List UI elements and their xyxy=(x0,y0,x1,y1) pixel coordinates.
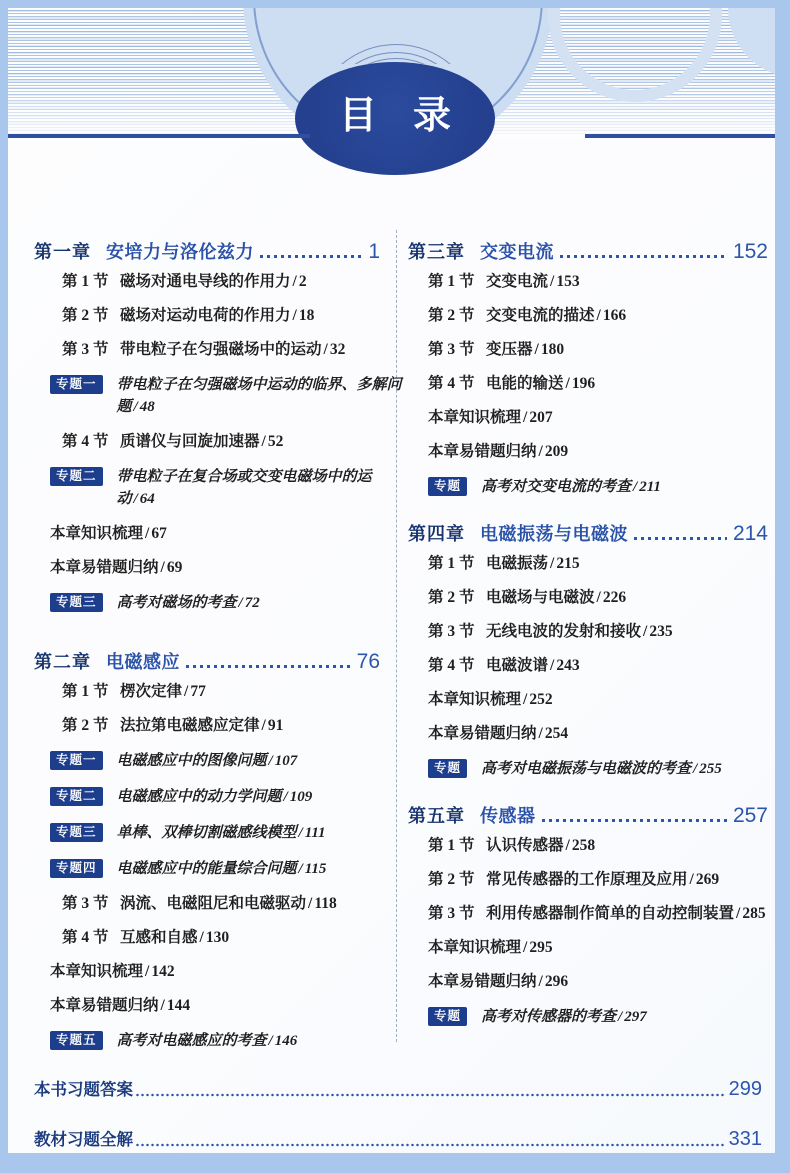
section-page-number: 258 xyxy=(572,837,595,854)
chapter-summary-row: 本章易错题归纳/296 xyxy=(408,972,768,992)
slash-separator: / xyxy=(299,825,303,841)
section-title: 涡流、电磁阻尼和电磁驱动/118 xyxy=(120,894,337,914)
section-title-text: 利用传感器制作简单的自动控制装置 xyxy=(486,905,734,922)
slash-separator: / xyxy=(539,443,543,460)
special-topic-page-number: 107 xyxy=(275,753,298,769)
section-title: 电磁波谱/243 xyxy=(486,656,580,676)
summary-title: 本章易错题归纳 xyxy=(50,997,159,1014)
section-row: 第 2 节交变电流的描述/166 xyxy=(408,306,768,326)
summary-page-number: 69 xyxy=(167,559,183,576)
chapter-summary-row: 本章易错题归纳/144 xyxy=(34,996,380,1016)
chapter-heading: 第一章安培力与洛伦兹力1 xyxy=(34,240,380,264)
toc-title-circle: 目录 xyxy=(295,62,495,175)
section-row: 第 1 节认识传感器/258 xyxy=(408,836,768,856)
special-topic-badge: 专题一 xyxy=(50,751,103,770)
slash-separator: / xyxy=(239,595,243,611)
section-number: 第 2 节 xyxy=(428,870,480,890)
slash-separator: / xyxy=(145,525,149,542)
special-topic-row: 专题二电磁感应中的动力学问题/109 xyxy=(34,786,402,808)
section-page-number: 153 xyxy=(556,273,579,290)
section-title-text: 磁场对运动电荷的作用力 xyxy=(120,307,291,324)
section-number: 第 1 节 xyxy=(62,272,114,292)
section-page-number: 243 xyxy=(556,657,579,674)
header-rule-left xyxy=(8,134,310,138)
slash-separator: / xyxy=(293,307,297,324)
section-title: 利用传感器制作简单的自动控制装置/285 xyxy=(486,904,766,924)
section-row: 第 1 节磁场对通电导线的作用力/2 xyxy=(34,272,380,292)
special-topic-badge: 专题三 xyxy=(50,823,103,842)
chapter-page-number: 76 xyxy=(357,650,380,674)
chapter-page-number: 1 xyxy=(368,240,380,264)
chapter-page-number: 214 xyxy=(733,522,768,546)
section-number: 第 4 节 xyxy=(428,374,480,394)
slash-separator: / xyxy=(523,409,527,426)
chapter-summary-row: 本章知识梳理/207 xyxy=(408,408,768,428)
special-topic-title-text: 高考对传感器的考查 xyxy=(481,1009,616,1025)
toc-column-right: 第三章交变电流152第 1 节交变电流/153第 2 节交变电流的描述/166第… xyxy=(408,240,768,1042)
slash-separator: / xyxy=(633,479,637,495)
slash-separator: / xyxy=(161,997,165,1014)
summary-title: 本章易错题归纳 xyxy=(428,725,537,742)
special-topic-title-text: 高考对电磁振荡与电磁波的考查 xyxy=(481,761,691,777)
special-topic-title: 电磁感应中的图像问题/107 xyxy=(117,750,298,772)
chapter-label: 第一章 xyxy=(34,240,91,264)
section-title-text: 常见传感器的工作原理及应用 xyxy=(486,871,688,888)
slash-separator: / xyxy=(566,837,570,854)
section-title-text: 电磁波谱 xyxy=(486,657,548,674)
section-title: 电磁振荡/215 xyxy=(486,554,580,574)
footer-row: 教材习题全解 331 xyxy=(34,1126,762,1151)
special-topic-badge: 专题一 xyxy=(50,375,103,394)
footer-row: 本书习题答案 299 xyxy=(34,1076,762,1101)
section-row: 第 3 节带电粒子在匀强磁场中的运动/32 xyxy=(34,340,380,360)
slash-separator: / xyxy=(523,691,527,708)
section-row: 第 1 节交变电流/153 xyxy=(408,272,768,292)
slash-separator: / xyxy=(145,963,149,980)
section-number: 第 3 节 xyxy=(428,904,480,924)
section-row: 第 1 节楞次定律/77 xyxy=(34,682,380,702)
section-page-number: 32 xyxy=(330,341,346,358)
section-number: 第 3 节 xyxy=(62,894,114,914)
slash-separator: / xyxy=(736,905,740,922)
special-topic-badge: 专题二 xyxy=(50,467,103,486)
summary-title: 本章知识梳理 xyxy=(428,691,521,708)
summary-title: 本章知识梳理 xyxy=(50,525,143,542)
chapter-heading: 第二章电磁感应76 xyxy=(34,650,380,674)
section-title: 磁场对运动电荷的作用力/18 xyxy=(120,306,314,326)
footer-label: 教材习题全解 xyxy=(34,1126,133,1150)
chapter-page-number: 152 xyxy=(733,240,768,264)
slash-separator: / xyxy=(134,399,138,415)
dot-leader xyxy=(135,1093,725,1097)
slash-separator: / xyxy=(293,273,297,290)
summary-page-number: 142 xyxy=(151,963,174,980)
section-title: 常见传感器的工作原理及应用/269 xyxy=(486,870,719,890)
section-title-text: 互感和自感 xyxy=(120,929,198,946)
dot-leader xyxy=(186,665,351,668)
summary-title: 本章知识梳理 xyxy=(428,939,521,956)
special-topic-title: 带电粒子在匀强磁场中运动的临界、多解问题/48 xyxy=(117,374,402,418)
special-topic-title-text: 电磁感应中的图像问题 xyxy=(117,753,267,769)
section-row: 第 2 节电磁场与电磁波/226 xyxy=(408,588,768,608)
special-topic-page-number: 111 xyxy=(305,825,326,841)
section-row: 第 4 节电能的输送/196 xyxy=(408,374,768,394)
section-number: 第 3 节 xyxy=(428,622,480,642)
special-topic-title: 高考对交变电流的考查/211 xyxy=(481,476,661,498)
section-title: 互感和自感/130 xyxy=(120,928,229,948)
slash-separator: / xyxy=(161,559,165,576)
slash-separator: / xyxy=(134,491,138,507)
column-divider xyxy=(396,230,397,1042)
special-topic-page-number: 109 xyxy=(290,789,313,805)
slash-separator: / xyxy=(262,433,266,450)
special-topic-row: 专题四电磁感应中的能量综合问题/115 xyxy=(34,858,402,880)
special-topic-title: 高考对磁场的考查/72 xyxy=(117,592,260,614)
section-row: 第 3 节涡流、电磁阻尼和电磁驱动/118 xyxy=(34,894,380,914)
slash-separator: / xyxy=(324,341,328,358)
special-topic-badge: 专题 xyxy=(428,759,467,778)
chapter-label: 第二章 xyxy=(34,650,91,674)
chapter-heading: 第五章传感器257 xyxy=(408,804,768,828)
summary-page-number: 207 xyxy=(529,409,552,426)
slash-separator: / xyxy=(550,555,554,572)
section-page-number: 52 xyxy=(268,433,284,450)
special-topic-row: 专题三单棒、双棒切割磁感线模型/111 xyxy=(34,822,402,844)
special-topic-row: 专题三高考对磁场的考查/72 xyxy=(34,592,402,614)
section-page-number: 91 xyxy=(268,717,284,734)
section-title-text: 电能的输送 xyxy=(486,375,564,392)
summary-title: 本章知识梳理 xyxy=(50,963,143,980)
chapter-label: 第五章 xyxy=(408,804,465,828)
section-row: 第 4 节电磁波谱/243 xyxy=(408,656,768,676)
special-topic-row: 专题一电磁感应中的图像问题/107 xyxy=(34,750,402,772)
concentric-arcs-decoration xyxy=(295,38,495,64)
slash-separator: / xyxy=(539,973,543,990)
chapter-title: 电磁振荡与电磁波 xyxy=(480,522,628,546)
section-row: 第 1 节电磁振荡/215 xyxy=(408,554,768,574)
section-row: 第 4 节互感和自感/130 xyxy=(34,928,380,948)
special-topic-badge: 专题四 xyxy=(50,859,103,878)
summary-title: 本章知识梳理 xyxy=(428,409,521,426)
slash-separator: / xyxy=(523,939,527,956)
special-topic-row: 专题五高考对电磁感应的考查/146 xyxy=(34,1030,402,1052)
section-number: 第 3 节 xyxy=(428,340,480,360)
footer-page-number: 331 xyxy=(729,1128,762,1151)
chapter-title: 交变电流 xyxy=(480,240,554,264)
section-title-text: 楞次定律 xyxy=(120,683,182,700)
chapter-summary-row: 本章知识梳理/67 xyxy=(34,524,380,544)
chapter-label: 第三章 xyxy=(408,240,465,264)
chapter-title: 传感器 xyxy=(480,804,536,828)
chapter-heading: 第三章交变电流152 xyxy=(408,240,768,264)
special-topic-title-text: 带电粒子在匀强磁场中运动的临界、多解问题 xyxy=(117,377,402,415)
section-title: 质谱仪与回旋加速器/52 xyxy=(120,432,283,452)
chapter-summary-row: 本章易错题归纳/69 xyxy=(34,558,380,578)
section-number: 第 4 节 xyxy=(62,928,114,948)
section-title-text: 电磁振荡 xyxy=(486,555,548,572)
slash-separator: / xyxy=(566,375,570,392)
footer-label: 本书习题答案 xyxy=(34,1076,133,1100)
slash-separator: / xyxy=(539,725,543,742)
special-topic-row: 专题二带电粒子在复合场或交变电磁场中的运动/64 xyxy=(34,466,402,510)
special-topic-title: 电磁感应中的动力学问题/109 xyxy=(117,786,313,808)
slash-separator: / xyxy=(308,895,312,912)
special-topic-title-text: 高考对电磁感应的考查 xyxy=(117,1033,267,1049)
special-topic-title: 高考对电磁振荡与电磁波的考查/255 xyxy=(481,758,722,780)
section-number: 第 2 节 xyxy=(62,306,114,326)
section-number: 第 1 节 xyxy=(428,272,480,292)
special-topic-badge: 专题二 xyxy=(50,787,103,806)
section-row: 第 3 节变压器/180 xyxy=(408,340,768,360)
section-title-text: 涡流、电磁阻尼和电磁驱动 xyxy=(120,895,306,912)
summary-page-number: 254 xyxy=(545,725,568,742)
chapter-title: 安培力与洛伦兹力 xyxy=(106,240,254,264)
special-topic-title-text: 单棒、双棒切割磁感线模型 xyxy=(117,825,297,841)
slash-separator: / xyxy=(184,683,188,700)
section-number: 第 2 节 xyxy=(62,716,114,736)
special-topic-title: 单棒、双棒切割磁感线模型/111 xyxy=(117,822,326,844)
special-topic-title: 电磁感应中的能量综合问题/115 xyxy=(117,858,327,880)
section-page-number: 226 xyxy=(603,589,626,606)
chapter-summary-row: 本章知识梳理/295 xyxy=(408,938,768,958)
section-title-text: 交变电流 xyxy=(486,273,548,290)
section-title: 楞次定律/77 xyxy=(120,682,206,702)
section-number: 第 2 节 xyxy=(428,588,480,608)
section-page-number: 285 xyxy=(742,905,765,922)
special-topic-title-text: 高考对交变电流的考查 xyxy=(481,479,631,495)
section-number: 第 3 节 xyxy=(62,340,114,360)
slash-separator: / xyxy=(690,871,694,888)
slash-separator: / xyxy=(200,929,204,946)
section-title: 交变电流的描述/166 xyxy=(486,306,626,326)
section-title-text: 质谱仪与回旋加速器 xyxy=(120,433,260,450)
slash-separator: / xyxy=(262,717,266,734)
special-topic-page-number: 146 xyxy=(275,1033,298,1049)
special-topic-page-number: 211 xyxy=(639,479,661,495)
special-topic-title-text: 高考对磁场的考查 xyxy=(117,595,237,611)
section-title-text: 法拉第电磁感应定律 xyxy=(120,717,260,734)
chapter-heading: 第四章电磁振荡与电磁波214 xyxy=(408,522,768,546)
special-topic-title: 带电粒子在复合场或交变电磁场中的运动/64 xyxy=(117,466,402,510)
summary-title: 本章易错题归纳 xyxy=(50,559,159,576)
toc-column-left: 第一章安培力与洛伦兹力1第 1 节磁场对通电导线的作用力/2第 2 节磁场对运动… xyxy=(34,240,380,1066)
slash-separator: / xyxy=(535,341,539,358)
special-topic-row: 专题高考对电磁振荡与电磁波的考查/255 xyxy=(408,758,775,780)
section-number: 第 4 节 xyxy=(428,656,480,676)
header-rule-right xyxy=(585,134,775,138)
section-title: 变压器/180 xyxy=(486,340,564,360)
section-title: 法拉第电磁感应定律/91 xyxy=(120,716,283,736)
slash-separator: / xyxy=(550,273,554,290)
special-topic-row: 专题高考对交变电流的考查/211 xyxy=(408,476,775,498)
summary-page-number: 296 xyxy=(545,973,568,990)
slash-separator: / xyxy=(597,307,601,324)
section-page-number: 196 xyxy=(572,375,595,392)
special-topic-title: 高考对传感器的考查/297 xyxy=(481,1006,647,1028)
chapter-summary-row: 本章易错题归纳/254 xyxy=(408,724,768,744)
chapter-title: 电磁感应 xyxy=(106,650,180,674)
special-topic-title: 高考对电磁感应的考查/146 xyxy=(117,1030,298,1052)
special-topic-badge: 专题 xyxy=(428,477,467,496)
section-page-number: 118 xyxy=(314,895,336,912)
summary-title: 本章易错题归纳 xyxy=(428,973,537,990)
section-page-number: 77 xyxy=(190,683,206,700)
section-page-number: 235 xyxy=(649,623,672,640)
dot-leader xyxy=(560,255,727,258)
special-topic-page-number: 297 xyxy=(624,1009,647,1025)
section-title: 电磁场与电磁波/226 xyxy=(486,588,626,608)
special-topic-page-number: 255 xyxy=(699,761,722,777)
slash-separator: / xyxy=(693,761,697,777)
section-title-text: 交变电流的描述 xyxy=(486,307,595,324)
section-title: 无线电波的发射和接收/235 xyxy=(486,622,673,642)
special-topic-title-text: 电磁感应中的动力学问题 xyxy=(117,789,282,805)
section-title-text: 带电粒子在匀强磁场中的运动 xyxy=(120,341,322,358)
dot-leader xyxy=(135,1143,725,1147)
section-page-number: 2 xyxy=(299,273,307,290)
section-title: 交变电流/153 xyxy=(486,272,580,292)
slash-separator: / xyxy=(284,789,288,805)
summary-page-number: 209 xyxy=(545,443,568,460)
summary-page-number: 144 xyxy=(167,997,190,1014)
section-title: 认识传感器/258 xyxy=(486,836,595,856)
special-topic-page-number: 64 xyxy=(140,491,155,507)
book-page: 目录 第一章安培力与洛伦兹力1第 1 节磁场对通电导线的作用力/2第 2 节磁场… xyxy=(8,8,775,1153)
summary-page-number: 252 xyxy=(529,691,552,708)
section-page-number: 18 xyxy=(299,307,315,324)
section-number: 第 1 节 xyxy=(428,554,480,574)
slash-separator: / xyxy=(597,589,601,606)
section-title-text: 电磁场与电磁波 xyxy=(486,589,595,606)
section-row: 第 3 节无线电波的发射和接收/235 xyxy=(408,622,768,642)
section-row: 第 3 节利用传感器制作简单的自动控制装置/285 xyxy=(408,904,768,924)
section-title-text: 无线电波的发射和接收 xyxy=(486,623,641,640)
slash-separator: / xyxy=(269,753,273,769)
section-page-number: 130 xyxy=(206,929,229,946)
summary-title: 本章易错题归纳 xyxy=(428,443,537,460)
special-topic-badge: 专题 xyxy=(428,1007,467,1026)
chapter-label: 第四章 xyxy=(408,522,465,546)
slash-separator: / xyxy=(618,1009,622,1025)
special-topic-title-text: 电磁感应中的能量综合问题 xyxy=(117,861,297,877)
dot-leader xyxy=(634,537,727,540)
slash-separator: / xyxy=(550,657,554,674)
section-page-number: 166 xyxy=(603,307,626,324)
special-topic-page-number: 48 xyxy=(140,399,155,415)
header-band: 目录 xyxy=(8,8,775,208)
section-row: 第 4 节质谱仪与回旋加速器/52 xyxy=(34,432,380,452)
special-topic-row: 专题高考对传感器的考查/297 xyxy=(408,1006,775,1028)
section-title: 带电粒子在匀强磁场中的运动/32 xyxy=(120,340,345,360)
section-page-number: 215 xyxy=(556,555,579,572)
special-topic-row: 专题一带电粒子在匀强磁场中运动的临界、多解问题/48 xyxy=(34,374,402,418)
section-row: 第 2 节磁场对运动电荷的作用力/18 xyxy=(34,306,380,326)
section-number: 第 1 节 xyxy=(62,682,114,702)
chapter-summary-row: 本章知识梳理/142 xyxy=(34,962,380,982)
section-number: 第 2 节 xyxy=(428,306,480,326)
chapter-page-number: 257 xyxy=(733,804,768,828)
page-title: 目录 xyxy=(303,97,487,141)
footer-page-number: 299 xyxy=(729,1078,762,1101)
section-title: 电能的输送/196 xyxy=(486,374,595,394)
section-title-text: 变压器 xyxy=(486,341,533,358)
slash-separator: / xyxy=(643,623,647,640)
dot-leader xyxy=(260,255,362,258)
slash-separator: / xyxy=(299,861,303,877)
special-topic-badge: 专题三 xyxy=(50,593,103,612)
dot-leader xyxy=(542,819,727,822)
section-title-text: 磁场对通电导线的作用力 xyxy=(120,273,291,290)
section-page-number: 269 xyxy=(696,871,719,888)
section-title-text: 认识传感器 xyxy=(486,837,564,854)
chapter-summary-row: 本章易错题归纳/209 xyxy=(408,442,768,462)
section-row: 第 2 节法拉第电磁感应定律/91 xyxy=(34,716,380,736)
special-topic-page-number: 115 xyxy=(305,861,327,877)
section-number: 第 4 节 xyxy=(62,432,114,452)
section-page-number: 180 xyxy=(541,341,564,358)
summary-page-number: 67 xyxy=(151,525,167,542)
summary-page-number: 295 xyxy=(529,939,552,956)
slash-separator: / xyxy=(269,1033,273,1049)
special-topic-badge: 专题五 xyxy=(50,1031,103,1050)
section-title: 磁场对通电导线的作用力/2 xyxy=(120,272,307,292)
section-row: 第 2 节常见传感器的工作原理及应用/269 xyxy=(408,870,768,890)
chapter-summary-row: 本章知识梳理/252 xyxy=(408,690,768,710)
section-number: 第 1 节 xyxy=(428,836,480,856)
special-topic-page-number: 72 xyxy=(245,595,260,611)
